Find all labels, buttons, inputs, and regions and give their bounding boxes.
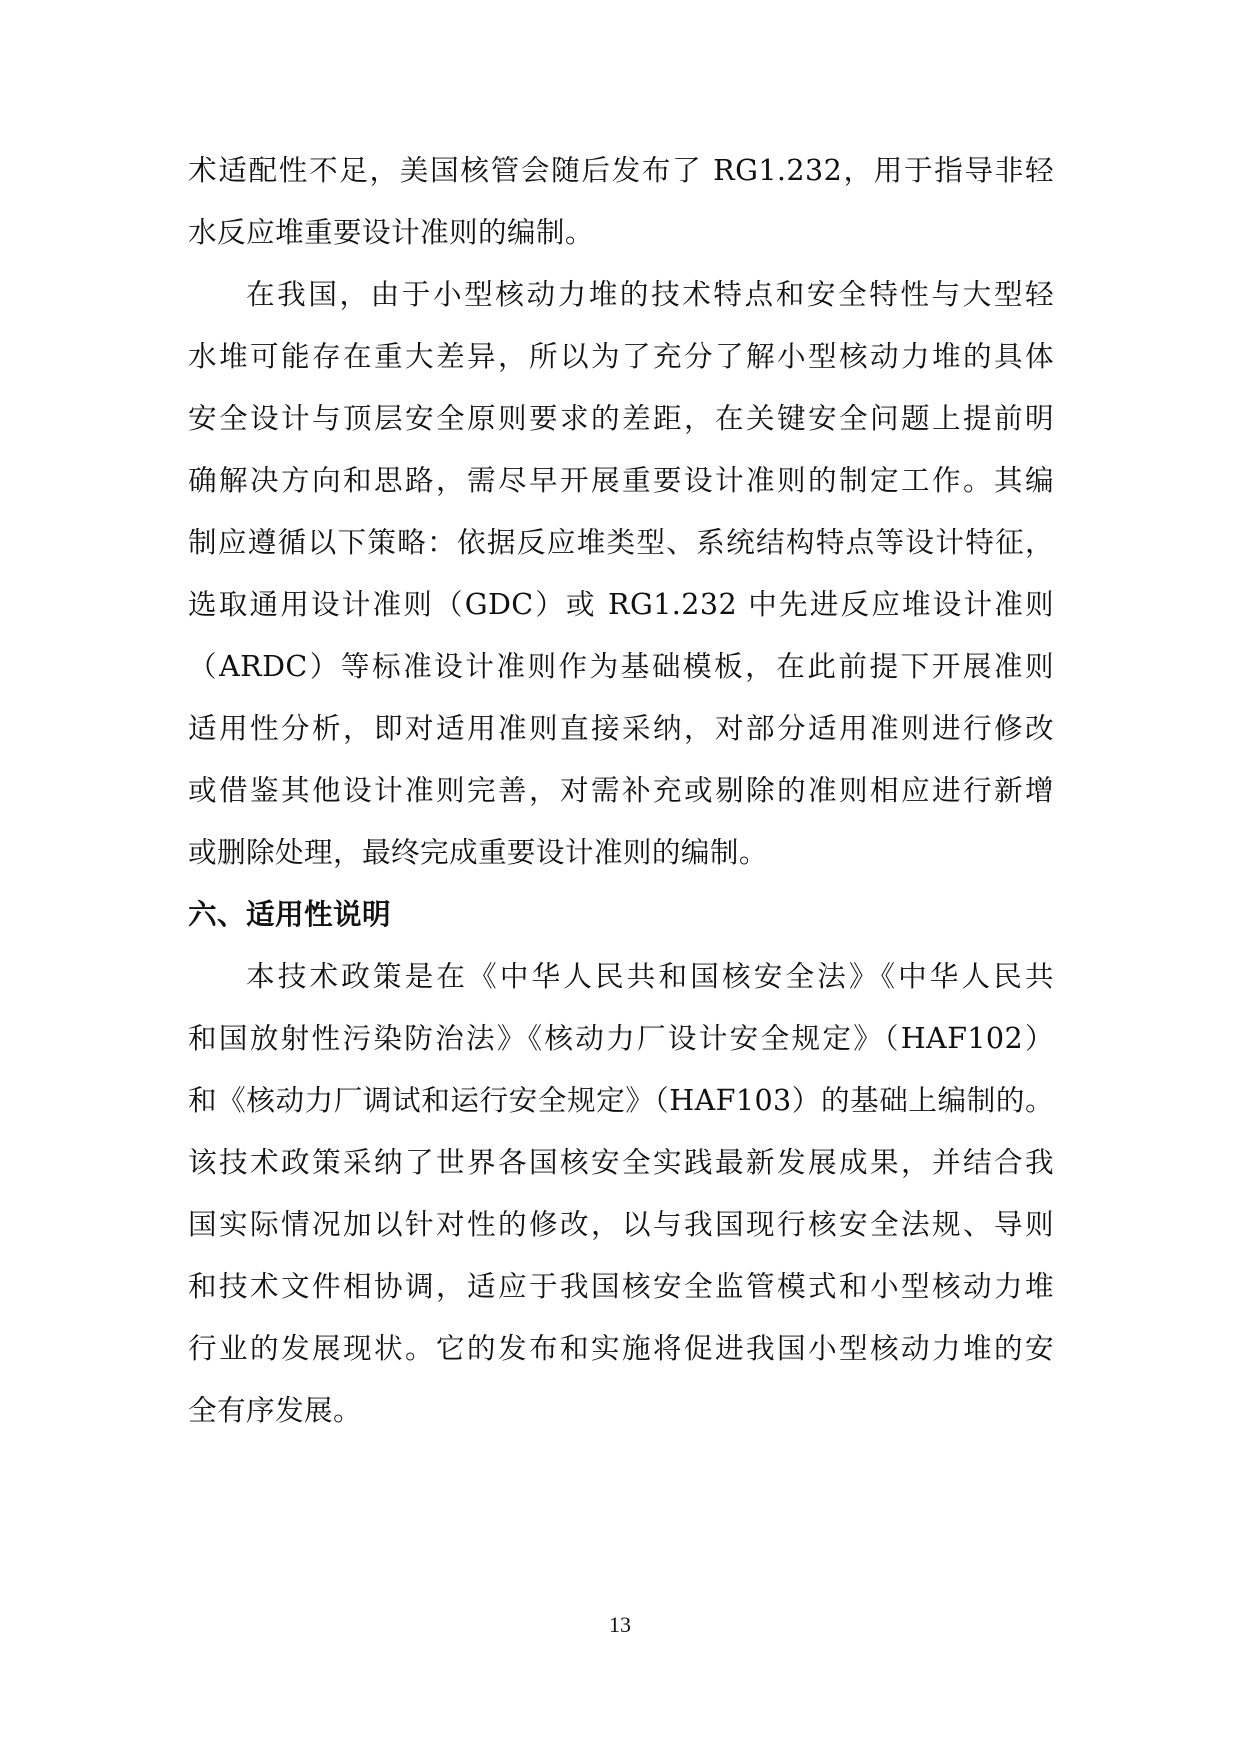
text-line: 选取通用设计准则（GDC）或 RG1.232 中先进反应堆设计准则	[188, 573, 1054, 635]
page-body: 术适配性不足，美国核管会随后发布了 RG1.232，用于指导非轻 水反应堆重要设…	[188, 139, 1054, 1441]
section-heading: 六、适用性说明	[188, 883, 1054, 945]
text-line: 确解决方向和思路，需尽早开展重要设计准则的制定工作。其编	[188, 449, 1054, 511]
text-line: 水反应堆重要设计准则的编制。	[188, 201, 1054, 263]
text-line: 和国放射性污染防治法》《核动力厂设计安全规定》（HAF102）	[188, 1007, 1054, 1069]
text-line: 或删除处理，最终完成重要设计准则的编制。	[188, 821, 1054, 883]
paragraph-applicability: 本技术政策是在《中华人民共和国核安全法》《中华人民共 和国放射性污染防治法》《核…	[188, 945, 1054, 1441]
document-page: 术适配性不足，美国核管会随后发布了 RG1.232，用于指导非轻 水反应堆重要设…	[0, 0, 1240, 1753]
page-number: 13	[0, 1612, 1240, 1638]
text-line: （ARDC）等标准设计准则作为基础模板，在此前提下开展准则	[188, 635, 1054, 697]
text-line: 该技术政策采纳了世界各国核安全实践最新发展成果，并结合我	[188, 1131, 1054, 1193]
paragraph-us-rg1232: 术适配性不足，美国核管会随后发布了 RG1.232，用于指导非轻 水反应堆重要设…	[188, 139, 1054, 263]
text-line: 在我国，由于小型核动力堆的技术特点和安全特性与大型轻	[188, 263, 1054, 325]
text-line: 安全设计与顶层安全原则要求的差距，在关键安全问题上提前明	[188, 387, 1054, 449]
text-line: 水堆可能存在重大差异，所以为了充分了解小型核动力堆的具体	[188, 325, 1054, 387]
text-line: 本技术政策是在《中华人民共和国核安全法》《中华人民共	[188, 945, 1054, 1007]
text-line: 行业的发展现状。它的发布和实施将促进我国小型核动力堆的安	[188, 1317, 1054, 1379]
text-line: 术适配性不足，美国核管会随后发布了 RG1.232，用于指导非轻	[188, 139, 1054, 201]
text-line: 和技术文件相协调，适应于我国核安全监管模式和小型核动力堆	[188, 1255, 1054, 1317]
text-line: 适用性分析，即对适用准则直接采纳，对部分适用准则进行修改	[188, 697, 1054, 759]
text-line: 国实际情况加以针对性的修改，以与我国现行核安全法规、导则	[188, 1193, 1054, 1255]
text-line: 全有序发展。	[188, 1379, 1054, 1441]
text-line: 和《核动力厂调试和运行安全规定》（HAF103）的基础上编制的。	[188, 1069, 1054, 1131]
text-line: 制应遵循以下策略：依据反应堆类型、系统结构特点等设计特征，	[188, 511, 1054, 573]
text-line: 或借鉴其他设计准则完善，对需补充或剔除的准则相应进行新增	[188, 759, 1054, 821]
paragraph-china-strategy: 在我国，由于小型核动力堆的技术特点和安全特性与大型轻 水堆可能存在重大差异，所以…	[188, 263, 1054, 883]
